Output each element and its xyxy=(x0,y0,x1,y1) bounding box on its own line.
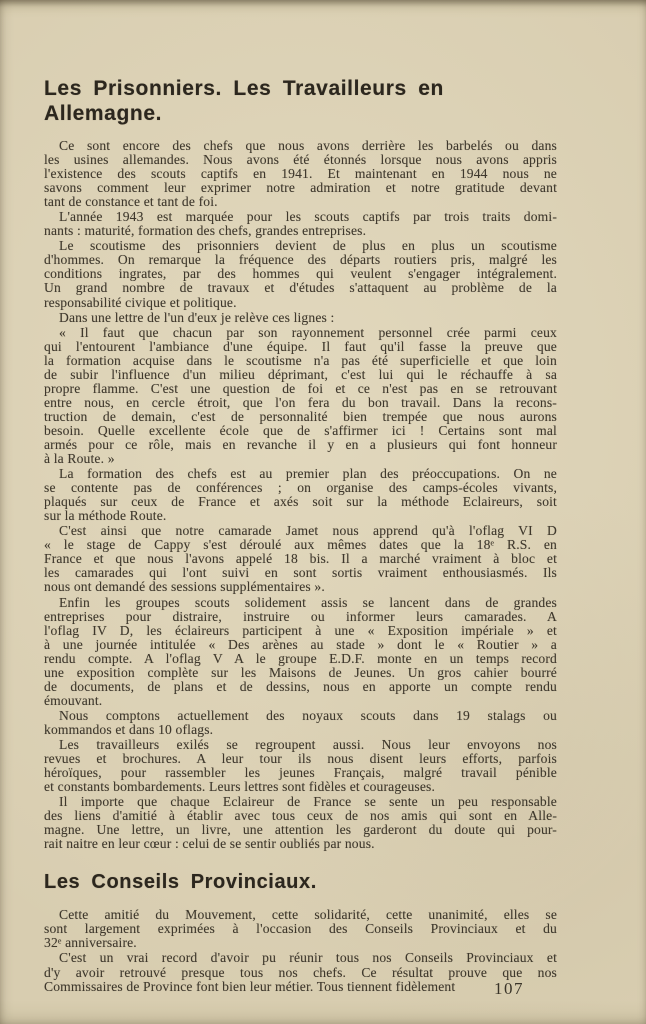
text-line: les usines allemandes. Nous avons été ét… xyxy=(44,153,557,167)
text-line: La formation des chefs est au premier pl… xyxy=(44,467,557,481)
text-line: de documents, de plans et de dessins, no… xyxy=(44,680,557,694)
text-line: à la Route. » xyxy=(44,452,557,466)
paragraph: « Il faut que chacun par son rayonnement… xyxy=(44,326,557,466)
text-line: à une journée intitulée « Des arènes au … xyxy=(44,638,557,652)
text-line: Dans une lettre de l'un d'eux je relève … xyxy=(44,311,557,325)
text-line: C'est un vrai record d'avoir pu réunir t… xyxy=(44,951,557,965)
paragraph: Il importe que chaque Eclaireur de Franc… xyxy=(44,795,557,851)
paragraph: Le scoutisme des prisonniers devient de … xyxy=(44,239,557,309)
text-line: Commissaires de Province font bien leur … xyxy=(44,980,557,994)
text-line: de subir l'influence d'un milieu déprima… xyxy=(44,368,557,382)
text-line: sont largement exprimées à l'occasion de… xyxy=(44,922,557,936)
text-line: nous ont demandé des sessions supplément… xyxy=(44,580,557,594)
text-line: France et que nous l'avons appelé 18 bis… xyxy=(44,552,557,566)
paragraph: Enfin les groupes scouts solidement assi… xyxy=(44,596,557,708)
text-line: d'hommes. On remarque la fréquence des d… xyxy=(44,253,557,267)
section-heading: Les Prisonniers. Les Travailleurs en All… xyxy=(44,76,557,126)
text-line: Cette amitié du Mouvement, cette solidar… xyxy=(44,908,557,922)
text-line: Un grand nombre de travaux et d'études s… xyxy=(44,281,557,295)
paragraph: C'est un vrai record d'avoir pu réunir t… xyxy=(44,951,557,993)
text-line: émouvant. xyxy=(44,694,557,708)
paragraph: L'année 1943 est marquée pour les scouts… xyxy=(44,210,557,238)
paragraph: Nous comptons actuellement des noyaux sc… xyxy=(44,709,557,737)
text-line: se contente pas de conférences ; on orga… xyxy=(44,481,557,495)
text-line: savons comment leur exprimer notre admir… xyxy=(44,181,557,195)
text-line: magne. Une lettre, un livre, une attenti… xyxy=(44,823,557,837)
text-line: héroïques, pour rassembler les jeunes Fr… xyxy=(44,766,557,780)
content: Les Prisonniers. Les Travailleurs en All… xyxy=(44,76,557,995)
text-line: truction de demain, c'est de personnalit… xyxy=(44,410,557,424)
text-line: l'existence des scouts captifs en 1941. … xyxy=(44,167,557,181)
text-line: revues et brochures. A leur tour ils nou… xyxy=(44,752,557,766)
text-line: une exposition complète sur les Maisons … xyxy=(44,666,557,680)
page-number: 107 xyxy=(494,979,524,999)
text-line: propre flamme. C'est une question de foi… xyxy=(44,382,557,396)
text-line: armés pour ce rôle, mais en revanche il … xyxy=(44,438,557,452)
text-line: des liens d'amitié à établir avec tous c… xyxy=(44,809,557,823)
text-line: Les travailleurs exilés se regroupent au… xyxy=(44,738,557,752)
text-line: Enfin les groupes scouts solidement assi… xyxy=(44,596,557,610)
text-line: Nous comptons actuellement des noyaux sc… xyxy=(44,709,557,723)
paragraph: Ce sont encore des chefs que nous avons … xyxy=(44,139,557,209)
text-line: la formation acquise dans le scoutisme n… xyxy=(44,354,557,368)
paragraph: La formation des chefs est au premier pl… xyxy=(44,467,557,523)
text-line: sur la méthode Route. xyxy=(44,509,557,523)
text-line: L'année 1943 est marquée pour les scouts… xyxy=(44,210,557,224)
text-line: 32ᵉ anniversaire. xyxy=(44,936,557,950)
text-line: Il importe que chaque Eclaireur de Franc… xyxy=(44,795,557,809)
text-line: rait naitre en leur cœur : celui de se s… xyxy=(44,837,557,851)
paragraph: C'est ainsi que notre camarade Jamet nou… xyxy=(44,524,557,594)
text-line: qui l'entourent l'ambiance d'une équipe.… xyxy=(44,340,557,354)
text-line: plaqués sur ceux de France et axés soit … xyxy=(44,495,557,509)
text-line: kommandos et dans 10 oflags. xyxy=(44,723,557,737)
paragraph: Cette amitié du Mouvement, cette solidar… xyxy=(44,908,557,950)
text-line: et constants bombardements. Leurs lettre… xyxy=(44,780,557,794)
paragraph: Dans une lettre de l'un d'eux je relève … xyxy=(44,311,557,325)
text-line: « le stage de Cappy s'est déroulé aux mê… xyxy=(44,538,557,552)
text-line: d'y avoir retrouvé presque tous nos chef… xyxy=(44,966,557,980)
section-heading: Les Conseils Provinciaux. xyxy=(44,870,557,895)
text-line: les camarades qui l'ont suivi en sont so… xyxy=(44,566,557,580)
text-line: C'est ainsi que notre camarade Jamet nou… xyxy=(44,524,557,538)
text-line: nants : maturité, formation des chefs, g… xyxy=(44,224,557,238)
text-line: entre nous, en cercle étroit, que l'on f… xyxy=(44,396,557,410)
text-line: l'oflag IV D, les éclaireurs participent… xyxy=(44,624,557,638)
book-page: Les Prisonniers. Les Travailleurs en All… xyxy=(0,0,646,1024)
text-line: besoin. Quelle excellente école que de s… xyxy=(44,424,557,438)
text-line: entreprises pour distraire, instruire ou… xyxy=(44,610,557,624)
text-line: rendu compte. A l'oflag V A le groupe E.… xyxy=(44,652,557,666)
text-line: « Il faut que chacun par son rayonnement… xyxy=(44,326,557,340)
text-line: Ce sont encore des chefs que nous avons … xyxy=(44,139,557,153)
text-line: Le scoutisme des prisonniers devient de … xyxy=(44,239,557,253)
text-line: tant de constance et tant de foi. xyxy=(44,195,557,209)
text-line: conditions ingrates, par des hommes qui … xyxy=(44,267,557,281)
paragraph: Les travailleurs exilés se regroupent au… xyxy=(44,738,557,794)
text-line: responsabilité civique et politique. xyxy=(44,296,557,310)
